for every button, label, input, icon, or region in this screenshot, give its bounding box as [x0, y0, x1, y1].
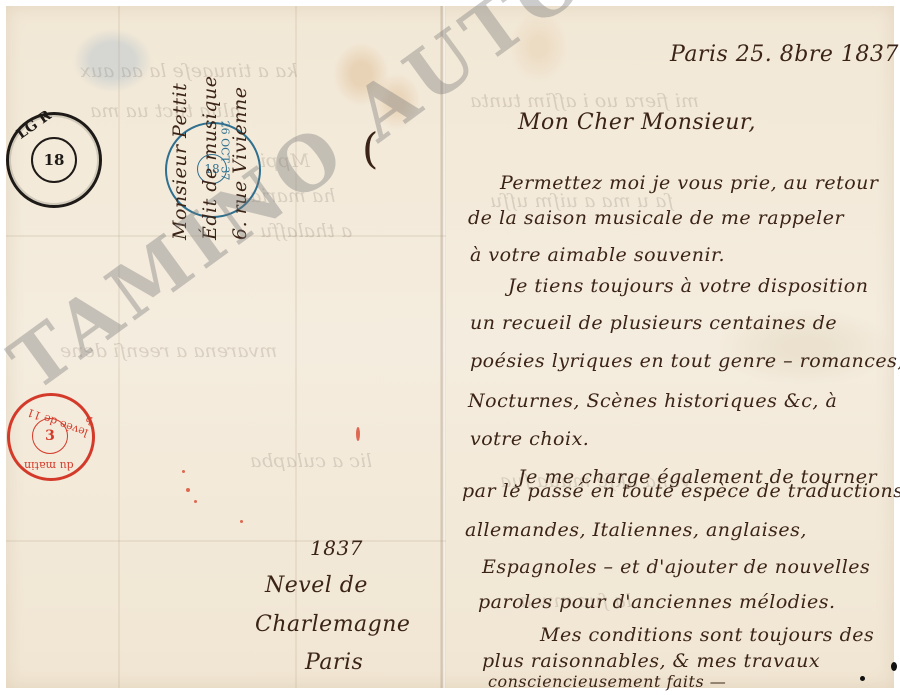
- black-postmark-stamp: LG R 18: [6, 112, 102, 208]
- stamp-number: 3: [45, 428, 55, 444]
- letter-line: à votre aimable souvenir.: [470, 244, 725, 266]
- ink-dot: [891, 662, 897, 671]
- docket-year: 1837: [310, 536, 363, 560]
- stamp-center: 3: [32, 418, 68, 454]
- bracket-ink-mark: (: [362, 124, 379, 173]
- letter-line: Je tiens toujours à votre disposition: [508, 275, 868, 297]
- red-ink-speck: [182, 470, 185, 473]
- letter-line: allemandes, Italiennes, anglaises,: [465, 519, 807, 541]
- docket-line: Paris: [305, 650, 363, 675]
- address-line: Monsieur Pettit: [165, 76, 195, 240]
- recipient-address: Monsieur Pettit Édit de musique 6. rue V…: [165, 76, 255, 240]
- letter-line: par le passé en toute espèce de traducti…: [462, 480, 900, 502]
- letter-salutation: Mon Cher Monsieur,: [518, 110, 756, 135]
- red-ink-speck: [194, 500, 197, 503]
- letter-dateline: Paris 25. 8bre 1837: [670, 42, 899, 67]
- letter-line: plus raisonnables, & mes travaux: [482, 650, 820, 672]
- red-ink-mark: [356, 427, 360, 441]
- letter-line: poésies lyriques en tout genre – romance…: [470, 350, 900, 372]
- red-ink-speck: [186, 488, 190, 492]
- center-fold: [440, 6, 446, 688]
- letter-line: de la saison musicale de me rappeler: [468, 207, 844, 229]
- letter-line: Espagnoles – et d'ajouter de nouvelles: [482, 556, 870, 578]
- red-levee-stamp: levée de 11 h 3 du matin: [7, 393, 95, 481]
- letter-line: paroles pour d'anciennes mélodies.: [478, 591, 836, 613]
- horizontal-crease: [6, 540, 446, 542]
- ink-dot: [860, 676, 865, 681]
- docket-line: Nevel de: [265, 573, 368, 598]
- letter-line: Mes conditions sont toujours des: [540, 624, 874, 646]
- address-line: Édit de musique: [195, 76, 225, 240]
- letter-line: Nocturnes, Scènes historiques &c, à: [468, 390, 837, 412]
- docket-line: Charlemagne: [255, 612, 410, 637]
- letter-line: votre choix.: [470, 428, 589, 450]
- red-ink-speck: [240, 520, 243, 523]
- letter-line: consciencieusement faits —: [488, 672, 726, 691]
- address-line: 6. rue Vivienne: [225, 76, 255, 240]
- postmark-center: 18: [31, 137, 77, 183]
- stamp-bottom-text: du matin: [24, 459, 74, 472]
- postmark-day: 18: [44, 151, 65, 169]
- letter-line: un recueil de plusieurs centaines de: [470, 312, 837, 334]
- letter-line: Permettez moi je vous prie, au retour: [500, 172, 879, 194]
